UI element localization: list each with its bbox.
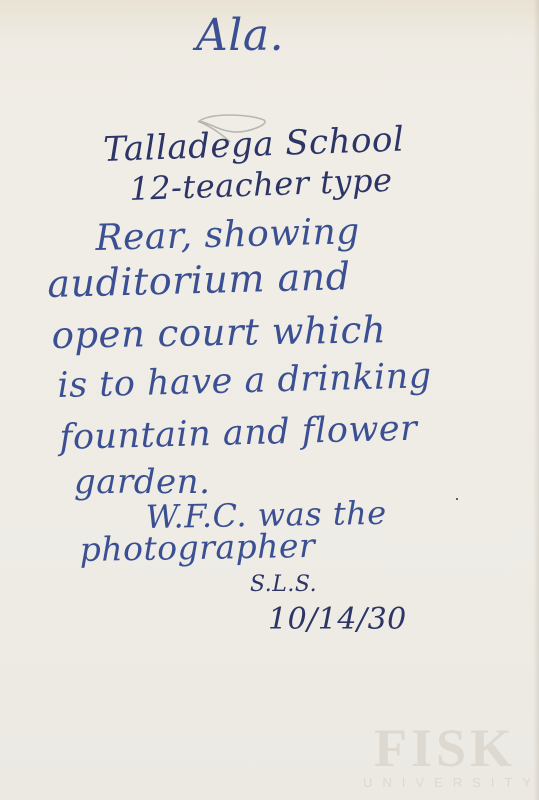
caption-line-auditorium: auditorium and [47, 254, 351, 306]
caption-line-fountain: fountain and flower [59, 409, 418, 458]
date-written: 10/14/30 [268, 602, 407, 637]
ink-speck [456, 498, 458, 500]
school-type-line: 12-teacher type [129, 161, 393, 208]
state-heading: Ala. [196, 10, 284, 61]
caption-line-rear: Rear, showing [95, 211, 360, 259]
author-initials: S.L.S. [250, 572, 317, 597]
caption-line-garden: garden. [74, 462, 210, 502]
caption-line-fountain-intro: is to have a drinking [57, 356, 432, 406]
fisk-university-watermark: FISK UNIVERSITY [355, 723, 535, 790]
photo-verso-page: Ala. Talladega School 12-teacher type Re… [0, 0, 539, 800]
photographer-word: photographer [79, 526, 315, 569]
watermark-title: FISK [355, 723, 535, 773]
watermark-subtitle: UNIVERSITY [355, 775, 535, 790]
caption-line-court: open court which [51, 308, 386, 357]
